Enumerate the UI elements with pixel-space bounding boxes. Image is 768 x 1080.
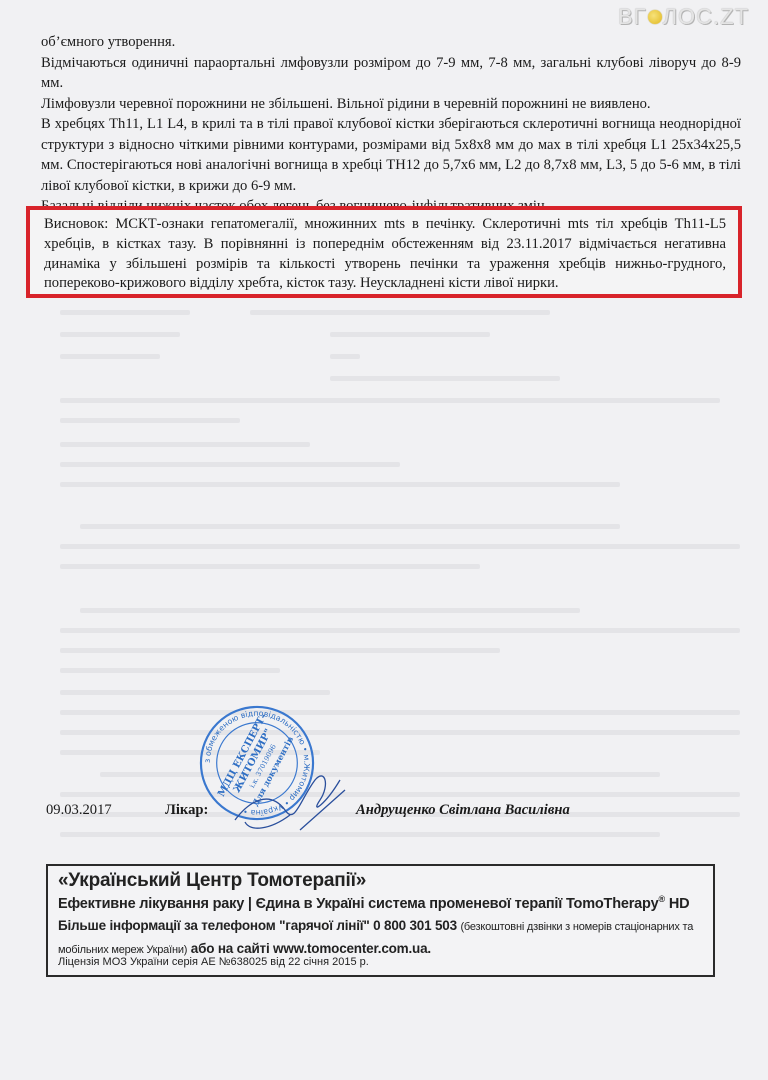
conclusion-highlight-box: Висновок: МСКТ-ознаки гепатомегалії, мно… (26, 206, 742, 298)
findings-paragraph: В хребцях Th11, L1 L4, в крилі та в тілі… (41, 114, 741, 196)
watermark-signal-icon (648, 10, 662, 24)
bleed-through-background (0, 300, 768, 860)
ad-tagline-suffix: HD (665, 896, 689, 912)
findings-paragraph: Відмічаються одиничні параортальні лмфов… (41, 53, 741, 94)
ad-hotline: Більше інформації за телефоном "гарячої … (58, 918, 460, 933)
findings-text: об’ємного утворення. Відмічаються одинич… (41, 32, 741, 217)
doctor-name: Андрущенко Світлана Василівна (356, 802, 570, 819)
ad-tagline: Ефективне лікування раку | Єдина в Украї… (58, 894, 689, 912)
site-watermark-logo: ВГ ЛОС.ZT (618, 4, 758, 30)
ad-license: Ліцензія МОЗ України серія АЕ №638025 ві… (58, 956, 369, 968)
findings-paragraph: об’ємного утворення. (41, 32, 741, 53)
watermark-text-left: ВГ (618, 4, 647, 30)
signature-row: 09.03.2017 Лікар: Андрущенко Світлана Ва… (0, 802, 768, 824)
report-date: 09.03.2017 (46, 802, 112, 819)
scanned-document-page: ВГ ЛОС.ZT об’ємного утворення. Відмічают… (0, 0, 768, 1080)
tomotherapy-ad-box: «Український Центр Томотерапії» Ефективн… (46, 864, 715, 977)
watermark-text-right: ЛОС.ZT (663, 4, 749, 30)
conclusion-text: Висновок: МСКТ-ознаки гепатомегалії, мно… (44, 215, 726, 294)
findings-paragraph: Лімфовузли черевної порожнини не збільше… (41, 94, 741, 115)
ad-tagline-text: Ефективне лікування раку | Єдина в Украї… (58, 896, 659, 912)
doctor-label: Лікар: (165, 802, 208, 819)
ad-contact-info: Більше інформації за телефоном "гарячої … (58, 915, 708, 961)
ad-website: або на сайті www.tomocenter.com.ua. (187, 941, 431, 956)
ad-title: «Український Центр Томотерапії» (58, 870, 366, 892)
